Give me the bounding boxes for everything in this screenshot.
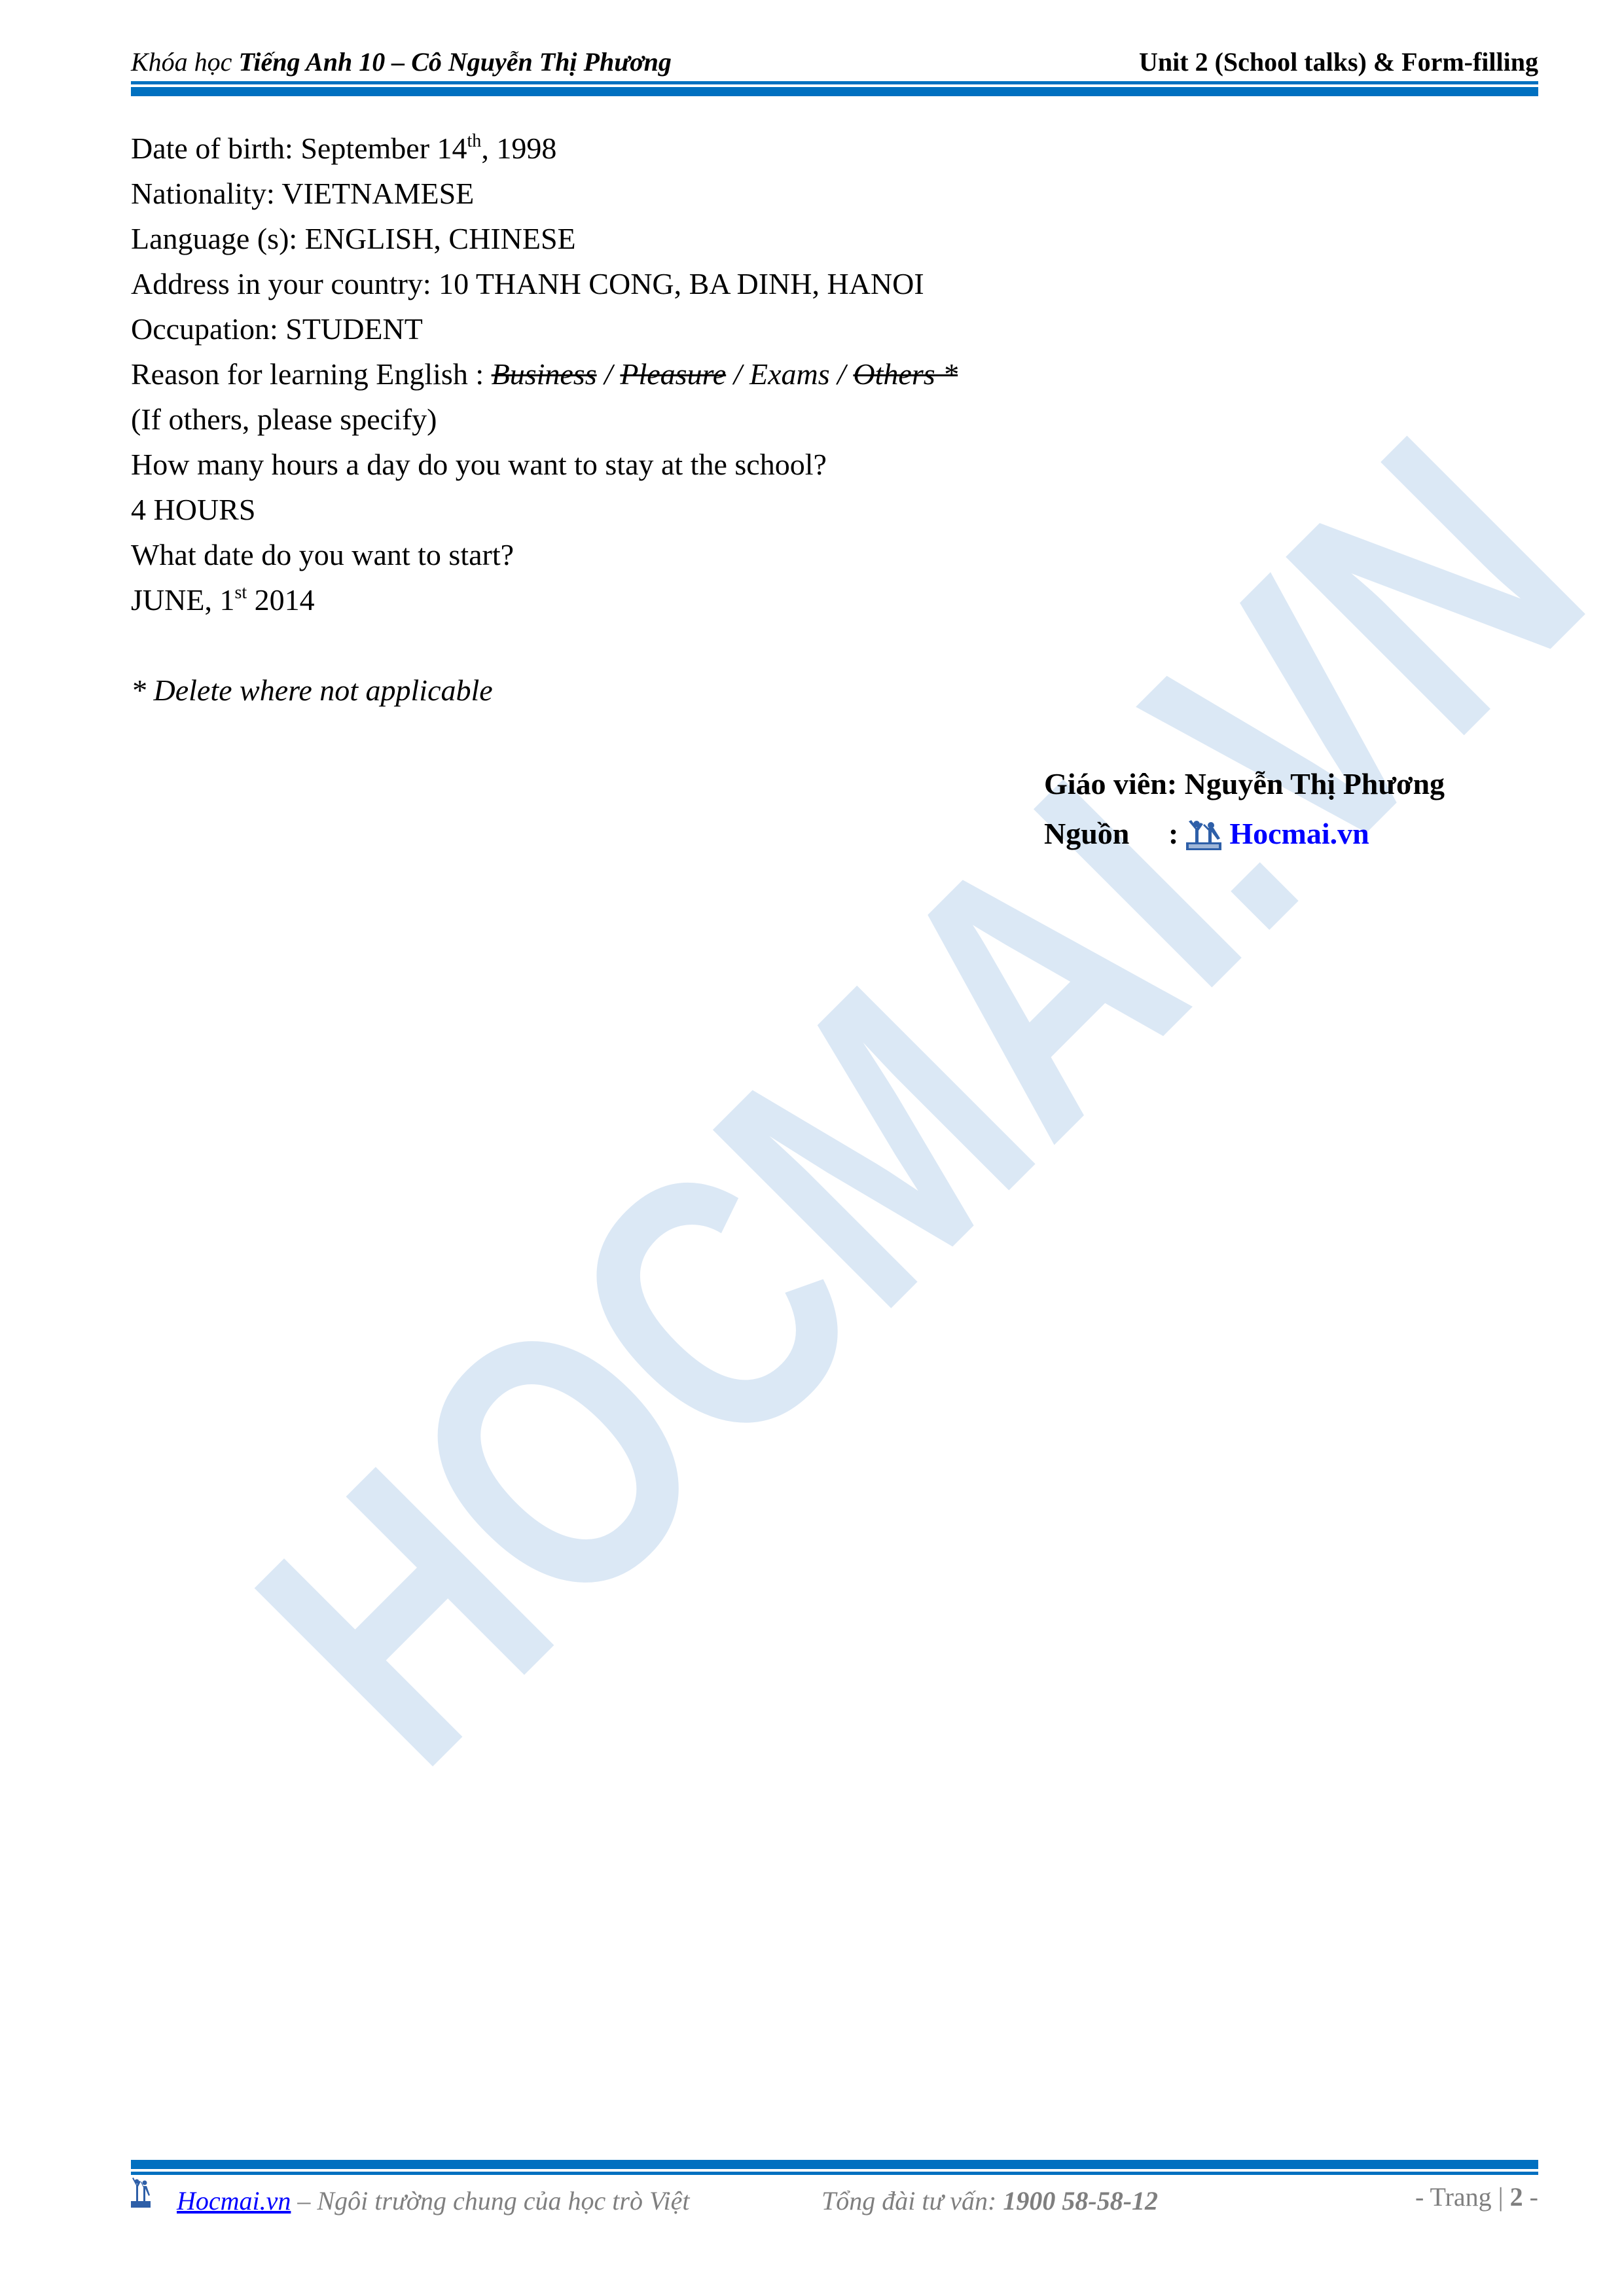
page-number: 2 (1510, 2182, 1523, 2212)
if-others-line: (If others, please specify) (131, 397, 1538, 442)
teacher-line: Giáo viên: Nguyễn Thị Phương (1044, 759, 1445, 809)
reason-label: Reason for learning English : (131, 357, 492, 391)
date-of-birth-year: , 1998 (481, 132, 556, 165)
hotline-number: 1900 58-58-12 (1003, 2186, 1158, 2215)
hours-question: How many hours a day do you want to stay… (131, 442, 1538, 487)
course-name: Tiếng Anh 10 – Cô Nguyễn Thị Phương (238, 47, 671, 77)
source-link-hocmai[interactable]: Hocmai.vn (1229, 809, 1369, 859)
course-prefix: Khóa học (131, 47, 238, 77)
hocmai-logo-icon (1186, 816, 1221, 847)
start-answer-date: JUNE, 1 (131, 583, 234, 617)
source-line: Nguồn : Hocmai.vn (1044, 809, 1445, 859)
teacher-label: Giáo viên: (1044, 759, 1177, 809)
page-header: Khóa học Tiếng Anh 10 – Cô Nguyễn Thị Ph… (131, 38, 1538, 96)
hocmai-logo-icon (131, 2176, 151, 2208)
footer-rule-thick (131, 2160, 1538, 2169)
header-rule-thick (131, 87, 1538, 96)
source-colon: : (1168, 809, 1178, 859)
unit-title: Unit 2 (School talks) & Form-filling (1139, 46, 1538, 77)
reason-option-pleasure: Pleasure (620, 357, 726, 391)
start-answer: JUNE, 1st 2014 (131, 577, 1538, 622)
start-answer-ordinal: st (234, 583, 247, 603)
reason-separator: / (830, 357, 854, 391)
page-suffix: - (1523, 2182, 1538, 2212)
date-of-birth-ordinal: th (467, 131, 482, 151)
reason-option-business: Business (492, 357, 597, 391)
nationality-line: Nationality: VIETNAMESE (131, 171, 1538, 216)
form-content: Date of birth: September 14th, 1998 Nati… (131, 126, 1538, 713)
footer-rule-thin (131, 2172, 1538, 2175)
occupation-line: Occupation: STUDENT (131, 306, 1538, 351)
delete-note: * Delete where not applicable (131, 668, 1538, 713)
signature-block: Giáo viên: Nguyễn Thị Phương Nguồn : Hoc… (1044, 759, 1445, 859)
start-question: What date do you want to start? (131, 532, 1538, 577)
date-of-birth-label: Date of birth: (131, 132, 300, 165)
date-of-birth-value: September 14 (300, 132, 467, 165)
footer-hotline: Tổng đài tư vấn: 1900 58-58-12 (821, 2185, 1158, 2216)
reason-line: Reason for learning English : Business /… (131, 351, 1538, 397)
footer-link-hocmai[interactable]: Hocmai.vn (177, 2186, 291, 2215)
page-prefix: - Trang | (1415, 2182, 1510, 2212)
source-label: Nguồn (1044, 809, 1168, 859)
start-answer-year: 2014 (247, 583, 315, 617)
address-line: Address in your country: 10 THANH CONG, … (131, 261, 1538, 306)
course-title: Khóa học Tiếng Anh 10 – Cô Nguyễn Thị Ph… (131, 46, 672, 77)
hotline-label: Tổng đài tư vấn: (821, 2186, 1003, 2215)
footer-brand: Hocmai.vn – Ngôi trường chung của học tr… (177, 2185, 689, 2216)
footer-slogan: – Ngôi trường chung của học trò Việt (291, 2186, 689, 2215)
page-indicator: - Trang | 2 - (1415, 2181, 1538, 2212)
reason-separator: / (726, 357, 749, 391)
page-footer: Hocmai.vn – Ngôi trường chung của học tr… (131, 2160, 1538, 2222)
hours-answer: 4 HOURS (131, 487, 1538, 532)
reason-option-others: Others * (853, 357, 958, 391)
reason-option-exams: Exams (749, 357, 830, 391)
date-of-birth-line: Date of birth: September 14th, 1998 (131, 126, 1538, 171)
teacher-name: Nguyễn Thị Phương (1185, 759, 1445, 809)
languages-line: Language (s): ENGLISH, CHINESE (131, 216, 1538, 261)
reason-separator: / (597, 357, 621, 391)
